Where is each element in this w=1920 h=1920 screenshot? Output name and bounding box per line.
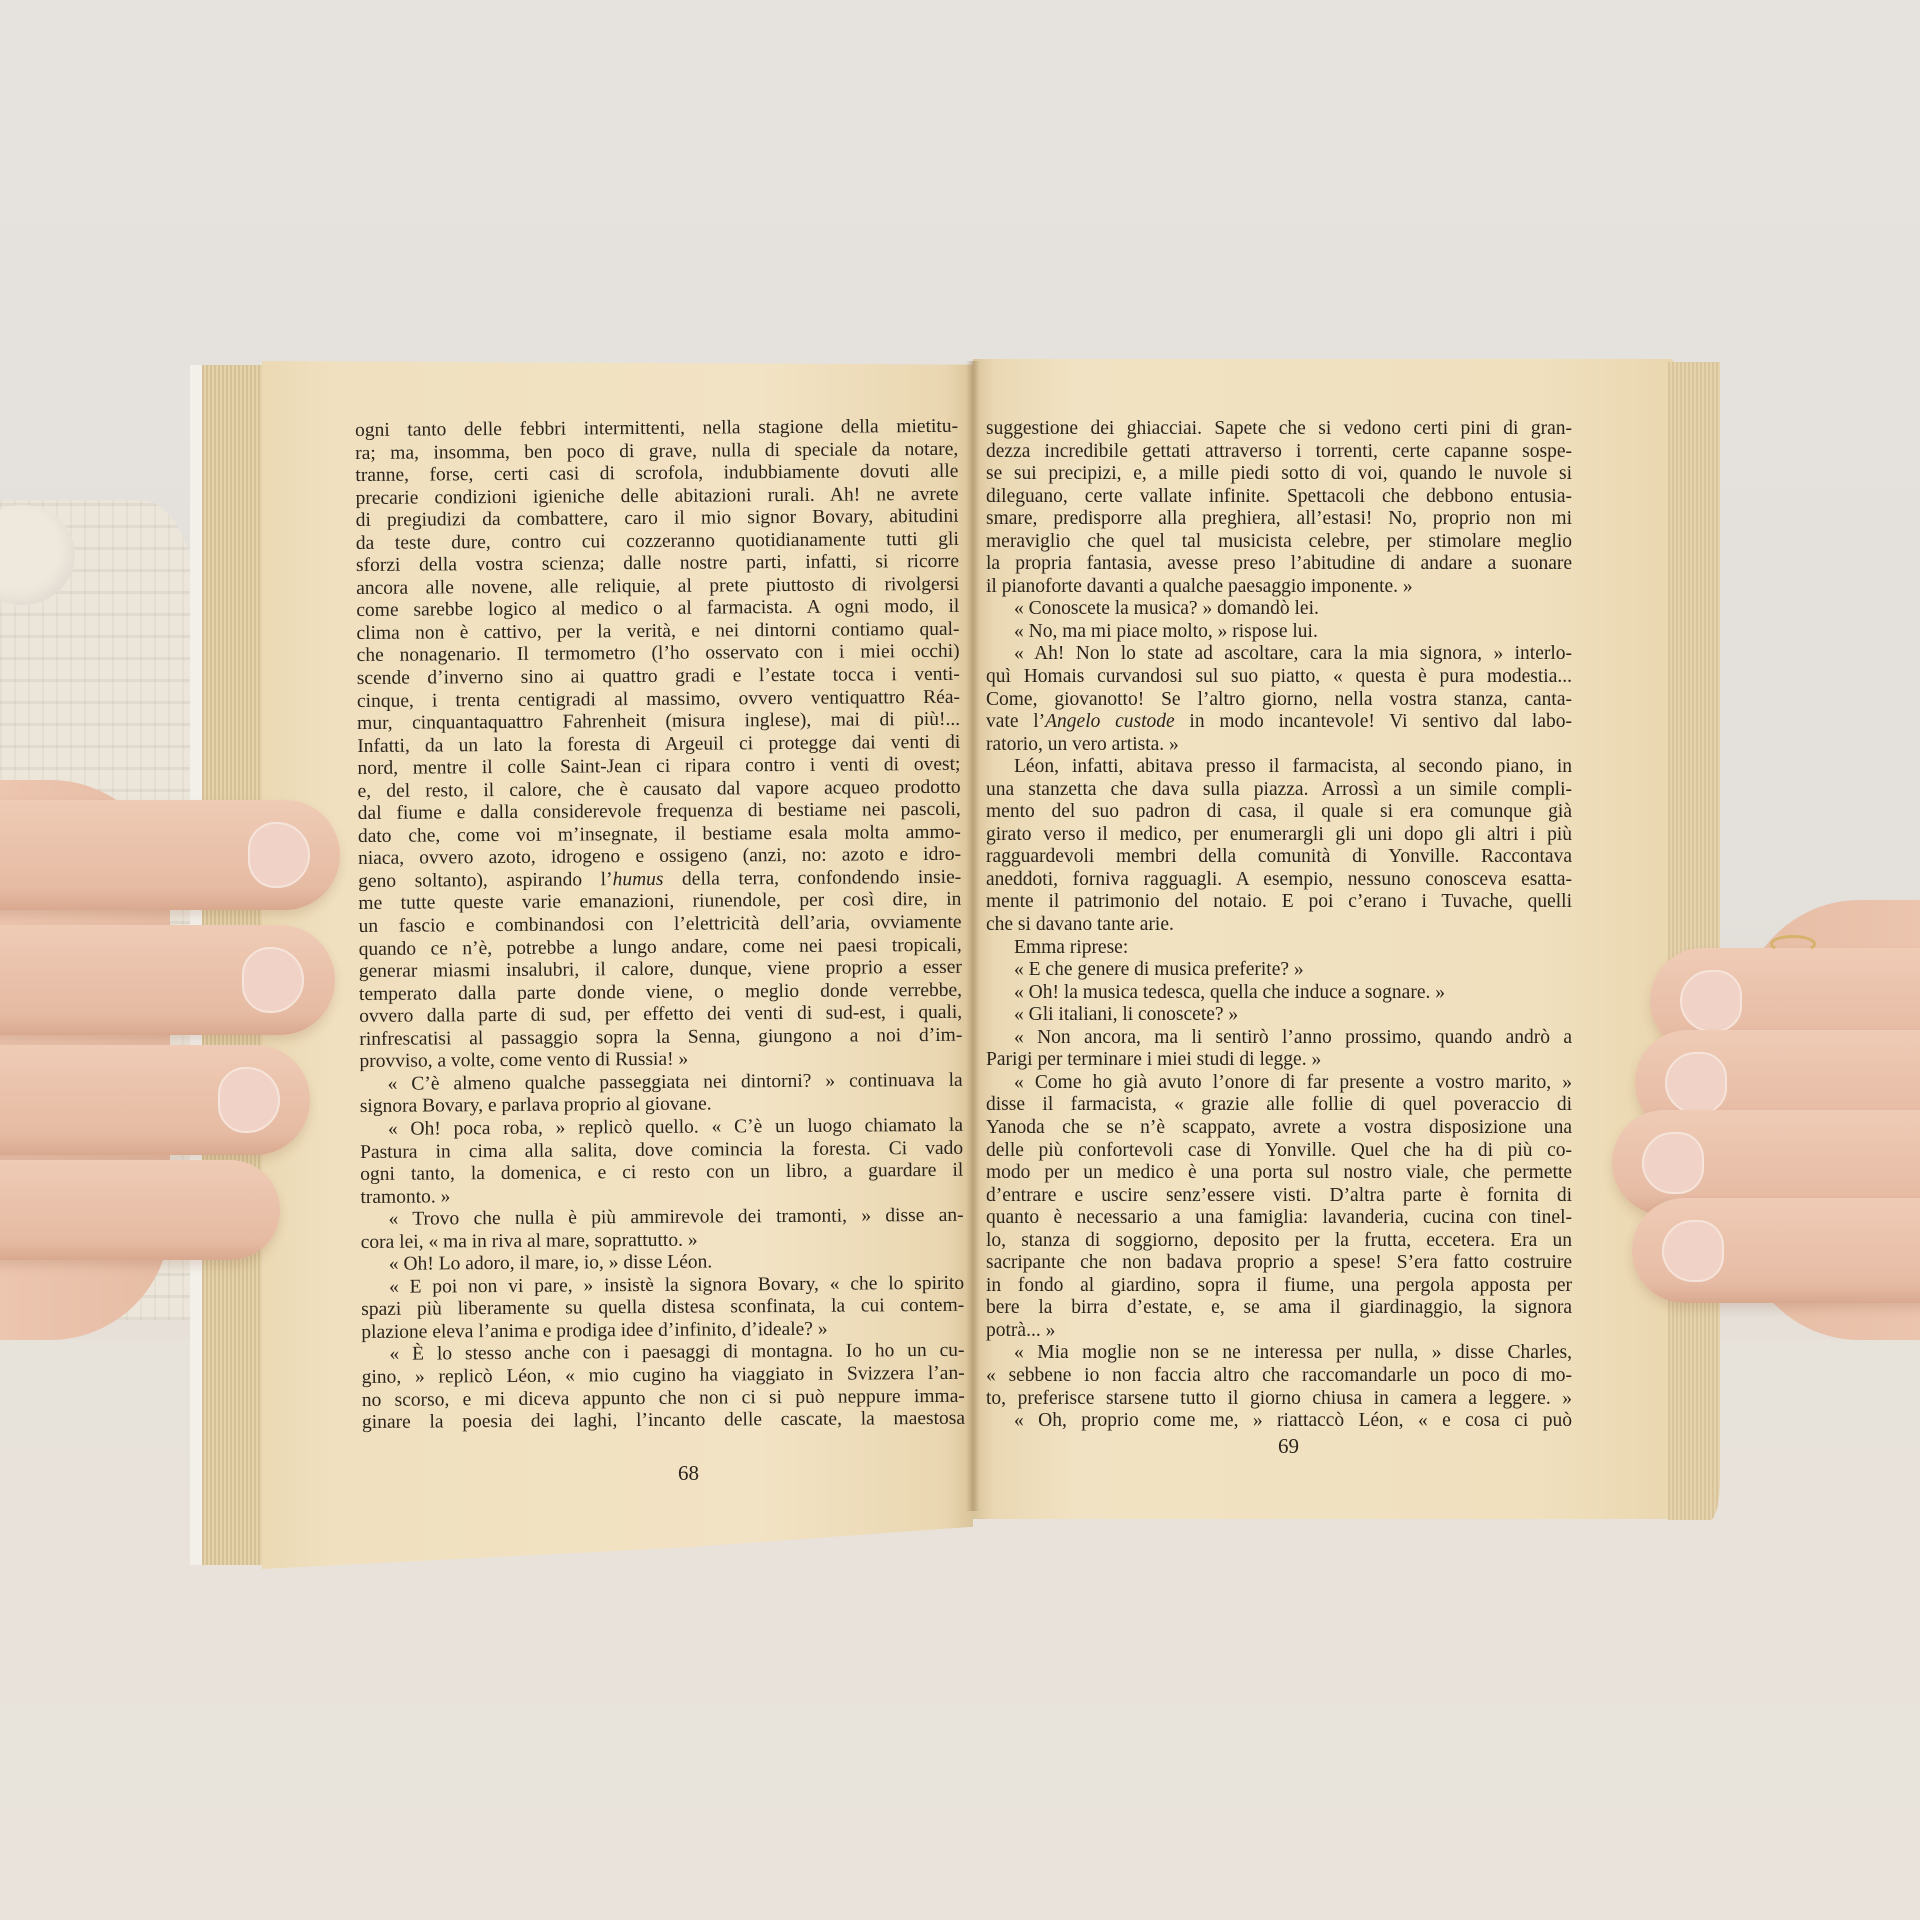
text-line: « C’è almeno qualche passeggiata nei din… bbox=[360, 1070, 963, 1097]
text-line: suggestione dei ghiacciai. Sapete che si… bbox=[986, 418, 1572, 441]
text-line: dileguano, certe vallate infinite. Spett… bbox=[986, 486, 1572, 509]
text-line: vate l’Angelo custode in modo incantevol… bbox=[986, 711, 1572, 734]
text-line: bere la birra d’estate, e, se ama il gia… bbox=[986, 1297, 1572, 1320]
right-page-text: suggestione dei ghiacciai. Sapete che si… bbox=[986, 418, 1572, 1433]
text-line: quanto è necessario a una famiglia: lava… bbox=[986, 1207, 1572, 1230]
text-line: ginare la poesia dei laghi, l’incanto de… bbox=[362, 1408, 965, 1435]
fingernail bbox=[218, 1067, 280, 1133]
text-line: « Non ancora, ma li sentirò l’anno pross… bbox=[986, 1027, 1572, 1050]
fingernail bbox=[1680, 970, 1742, 1032]
left-page-text: ogni tanto delle febbri intermittenti, n… bbox=[355, 416, 965, 1435]
text-line: modo per un medico è una porta sul nostr… bbox=[986, 1162, 1572, 1185]
text-line: se sui precipizi, e, a mille piedi sotto… bbox=[986, 463, 1572, 486]
text-line: la propria fantasia, avesse preso l’abit… bbox=[986, 553, 1572, 576]
text-line: « sebbene io non faccia altro che raccom… bbox=[986, 1365, 1572, 1388]
text-line: aneddoti, forniva ragguagli. A esempio, … bbox=[986, 869, 1572, 892]
text-line: che si davano tante arie. bbox=[986, 914, 1572, 937]
ring-jewelry bbox=[1770, 935, 1816, 953]
italic-title: humus bbox=[612, 869, 663, 890]
text-line: una stanzetta che dava sulla piazza. Arr… bbox=[986, 779, 1572, 802]
text-line: « Gli italiani, li conoscete? » bbox=[986, 1004, 1572, 1027]
text-line: potrà... » bbox=[986, 1320, 1572, 1343]
fingernail bbox=[248, 822, 310, 888]
fingernail bbox=[242, 947, 304, 1013]
text-line: d’entrare e uscire senz’essere visti. D’… bbox=[986, 1185, 1572, 1208]
text-line: ratorio, un vero artista. » bbox=[986, 734, 1572, 757]
left-hand-finger bbox=[0, 800, 340, 910]
text-line: smare, predisporre alla preghiera, all’e… bbox=[986, 508, 1572, 531]
book-spine-gutter bbox=[966, 361, 980, 1511]
text-line: lo, stanza di soggiorno, deposito per la… bbox=[986, 1230, 1572, 1253]
text-line: delle più confortevoli case di Yonville.… bbox=[986, 1140, 1572, 1163]
left-hand-finger bbox=[0, 1160, 280, 1260]
text-line: « E che genere di musica preferite? » bbox=[986, 959, 1572, 982]
text-line: girato verso il medico, per enumerargli … bbox=[986, 824, 1572, 847]
right-hand-finger bbox=[1632, 1198, 1920, 1303]
text-line: Come, giovanotto! Se l’altro giorno, nel… bbox=[986, 689, 1572, 712]
fingernail bbox=[1665, 1052, 1727, 1114]
text-line: quì Homais curvandosi sul suo piatto, « … bbox=[986, 666, 1572, 689]
text-line: spazi più liberamente su quella distesa … bbox=[361, 1295, 964, 1322]
text-line: mento del suo padron di casa, il quale s… bbox=[986, 801, 1572, 824]
text-line: il pianoforte davanti a qualche paesaggi… bbox=[986, 576, 1572, 599]
fingernail bbox=[1642, 1132, 1704, 1194]
text-line: in fondo al giardino, sopra il fiume, un… bbox=[986, 1275, 1572, 1298]
fingernail bbox=[1662, 1220, 1724, 1282]
text-line: Parigi per terminare i miei studi di leg… bbox=[986, 1049, 1572, 1072]
text-line: ragguardevoli membri della comunità di Y… bbox=[986, 846, 1572, 869]
text-line: disse il farmacista, « grazie alle folli… bbox=[986, 1094, 1572, 1117]
left-hand-finger bbox=[0, 1045, 310, 1155]
left-hand-finger bbox=[0, 925, 335, 1035]
text-line: Emma riprese: bbox=[986, 937, 1572, 960]
text-line: « Conoscete la musica? » domandò lei. bbox=[986, 598, 1572, 621]
text-line: « No, ma mi piace molto, » rispose lui. bbox=[986, 621, 1572, 644]
text-line: Yanoda che se n’è scappato, avrete a vos… bbox=[986, 1117, 1572, 1140]
text-line: « Mia moglie non se ne interessa per nul… bbox=[986, 1342, 1572, 1365]
page-number-right: 69 bbox=[1278, 1434, 1299, 1459]
text-line: sacripante che non badava proprio a spes… bbox=[986, 1252, 1572, 1275]
text-line: to, preferisce starsene tutto il giorno … bbox=[986, 1388, 1572, 1411]
italic-title: Angelo custode bbox=[1045, 711, 1175, 732]
text-line: meraviglio che quel tal musicista celebr… bbox=[986, 531, 1572, 554]
text-line: « Ah! Non lo state ad ascoltare, cara la… bbox=[986, 643, 1572, 666]
text-line: « Oh! la musica tedesca, quella che indu… bbox=[986, 982, 1572, 1005]
text-line: « Come ho già avuto l’onore di far prese… bbox=[986, 1072, 1572, 1095]
text-line: rinfrescatisi al passaggio sopra la Senn… bbox=[359, 1025, 962, 1052]
text-line: « Oh, proprio come me, » riattaccò Léon,… bbox=[986, 1410, 1572, 1433]
text-line: ogni tanto, la domenica, e ci resto con … bbox=[360, 1160, 963, 1187]
text-line: « Trovo che nulla è più ammirevole dei t… bbox=[361, 1205, 964, 1232]
right-page-edges bbox=[1668, 362, 1720, 1520]
text-line: dezza incredibile gettati attraverso i t… bbox=[986, 441, 1572, 464]
text-line: Léon, infatti, abitava presso il farmaci… bbox=[986, 756, 1572, 779]
page-number-left: 68 bbox=[678, 1461, 699, 1486]
text-line: mente il patrimonio del notaio. E poi c’… bbox=[986, 891, 1572, 914]
